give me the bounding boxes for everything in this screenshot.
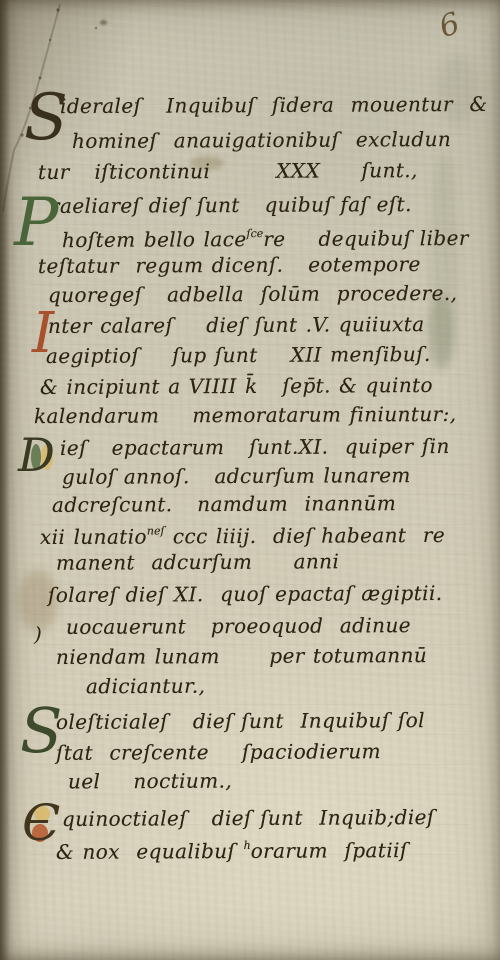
manuscript-line: & incipiunt a VIIII k̄ ſep̄t. & quinto	[40, 372, 433, 400]
line-text: orarum ſpatiiſ	[251, 838, 408, 863]
line-text: & nox equalibuſ	[56, 839, 244, 864]
manuscript-line: adcreſcunt. namdum inannūm	[52, 490, 396, 518]
manuscript-line: quoregeſ adbella ſolūm procedere.,	[48, 280, 457, 308]
manuscript-line: adiciantur.,	[86, 673, 205, 700]
folio-number: 6	[435, 6, 464, 45]
manuscript-line: xii lunationeſ ccc liiij. dieſ habeant r…	[40, 517, 445, 550]
manuscript-line: uocauerunt proeoquod adinue	[66, 612, 411, 640]
superscript-correction: ſce	[246, 227, 263, 240]
manuscript-line: ſtat creſcente ſpaciodierum	[56, 738, 381, 766]
manuscript-line: kalendarum memoratarum finiuntur:,	[34, 401, 457, 429]
manuscript-line: ideraleſ Inquibuſ ſidera mouentur &	[60, 91, 488, 119]
line-text: xii lunatio	[40, 525, 147, 550]
manuscript-line: tur iſticontinui XXX ſunt.,	[38, 157, 418, 185]
manuscript-line: raeliareſ dieſ ſunt quibuſ faſ eſt.	[50, 191, 412, 219]
manuscript-line: ſolareſ dieſ XI. quoſ epactaſ ægiptii.	[48, 580, 443, 608]
line-text: ccc liiij. dieſ habeant re	[165, 523, 446, 548]
initial-letter-p-praeliares: P	[14, 190, 58, 256]
line-text: re dequibuſ liber	[263, 226, 469, 251]
initial-letter-d-dies: D	[18, 432, 55, 478]
manuscript-line: & nox equalibuſ horarum ſpatiiſ	[56, 832, 408, 865]
manuscript-line: ieſ epactarum ſunt.XI. quiper ſin	[60, 433, 450, 461]
showthrough-stain	[428, 295, 454, 370]
manuscript-line: teſtatur regum dicenſ. eotempore	[38, 251, 421, 279]
showthrough-stain	[430, 150, 458, 365]
ink-speck	[100, 20, 107, 25]
manuscript-page: 6 ) S P I D S Є ideraleſ Inquibuſ ſidera…	[0, 0, 500, 960]
manuscript-line: homineſ anauigationibuſ excludun	[72, 126, 451, 154]
superscript-correction: h	[244, 839, 251, 852]
marginal-mark: )	[34, 622, 42, 646]
manuscript-line: manent adcurſum anni	[56, 548, 339, 575]
manuscript-line: nter calareſ dieſ ſunt .V. quiiuxta	[48, 311, 425, 339]
manuscript-line: guloſ annoſ. adcurſum lunarem	[62, 462, 411, 490]
line-text: hoſtem bello lace	[62, 227, 247, 252]
superscript-correction: neſ	[147, 524, 165, 537]
manuscript-line: aegiptioſ ſup ſunt XII menſibuſ.	[46, 341, 431, 369]
initial-letter-s-siderales: S	[24, 86, 68, 150]
manuscript-line: oleſticialeſ dieſ ſunt Inquibuſ ſol	[56, 707, 425, 735]
initial-letter-i-intercalares: I	[32, 306, 54, 362]
initial-letter-e-equinoctiales: Є	[22, 798, 60, 848]
manuscript-line: niendam lunam per totumannū	[56, 642, 427, 670]
manuscript-line: uel noctium.,	[68, 768, 232, 795]
manuscript-line: hoſtem bello laceſcere dequibuſ liber	[62, 220, 469, 253]
manuscript-line: quinoctialeſ dieſ ſunt Inquib;dieſ	[62, 804, 435, 832]
page-edge-shadow	[0, 0, 10, 960]
initial-letter-s-solesticiales: S	[20, 700, 62, 762]
